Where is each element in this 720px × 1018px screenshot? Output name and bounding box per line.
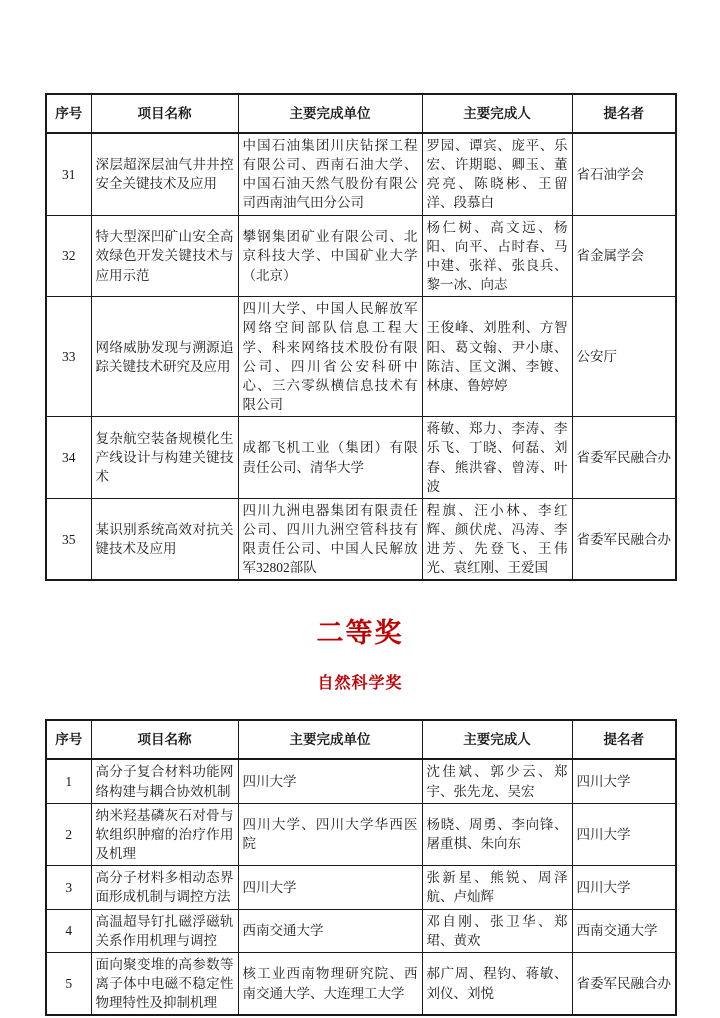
cell-no: 2 [46,803,91,865]
section-subtitle: 自然科学奖 [45,670,675,693]
cell-people: 杨晓、周勇、李向锋、屠重棋、朱向东 [422,803,572,865]
cell-no: 33 [46,297,91,417]
cell-units: 四川大学、中国人民解放军网络空间部队信息工程大学、科来网络技术股份有限公司、四川… [238,297,422,417]
cell-units: 四川大学 [238,866,422,909]
cell-units: 西南交通大学 [238,909,422,952]
cell-project: 深层超深层油气井井控安全关键技术及应用 [91,133,238,215]
column-header-people: 主要完成人 [422,94,572,133]
table-row: 34 复杂航空装备规模化生产线设计与构建关键技术 成都飞机工业（集团）有限责任公… [46,417,676,499]
table-row: 5 面向聚变堆的高参数等离子体中电磁不稳定性物理特性及抑制机理 核工业西南物理研… [46,952,676,1015]
cell-units: 四川大学、四川大学华西医院 [238,803,422,865]
cell-units: 四川九洲电器集团有限责任公司、四川九洲空管科技有限责任公司、中国人民解放军328… [238,498,422,580]
cell-nominator: 公安厅 [572,297,676,417]
cell-project: 特大型深凹矿山安全高效绿色开发关键技术与应用示范 [91,215,238,297]
table-row: 1 高分子复合材料功能网络构建与耦合协效机制 四川大学 沈佳斌、郭少云、郑宇、张… [46,759,676,803]
cell-nominator: 省委军民融合办 [572,417,676,499]
cell-people: 蒋敏、郑力、李涛、李乐飞、丁晓、何磊、刘春、熊洪睿、曾涛、叶波 [422,417,572,499]
cell-nominator: 四川大学 [572,759,676,803]
cell-nominator: 省委军民融合办 [572,952,676,1015]
table-row: 4 高温超导钉扎磁浮磁轨关系作用机理与调控 西南交通大学 邓自刚、张卫华、郑珺、… [46,909,676,952]
cell-units: 攀钢集团矿业有限公司、北京科技大学、中国矿业大学（北京） [238,215,422,297]
cell-no: 1 [46,759,91,803]
cell-units: 中国石油集团川庆钻探工程有限公司、西南石油大学、中国石油天然气股份有限公司西南油… [238,133,422,215]
cell-no: 31 [46,133,91,215]
cell-people: 杨仁树、高文远、杨阳、向平、占时春、马中建、张祥、张良兵、黎一冰、向志 [422,215,572,297]
award-table-first-prize: 序号 项目名称 主要完成单位 主要完成人 提名者 31 深层超深层油气井井控安全… [45,93,677,581]
cell-no: 4 [46,909,91,952]
table-header-row: 序号 项目名称 主要完成单位 主要完成人 提名者 [46,94,676,133]
table-row: 35 某识别系统高效对抗关键技术及应用 四川九洲电器集团有限责任公司、四川九洲空… [46,498,676,580]
cell-project: 面向聚变堆的高参数等离子体中电磁不稳定性物理特性及抑制机理 [91,952,238,1015]
column-header-units: 主要完成单位 [238,720,422,759]
table-row: 31 深层超深层油气井井控安全关键技术及应用 中国石油集团川庆钻探工程有限公司、… [46,133,676,215]
column-header-nominator: 提名者 [572,720,676,759]
cell-no: 3 [46,866,91,909]
cell-people: 沈佳斌、郭少云、郑宇、张先龙、吴宏 [422,759,572,803]
cell-units: 成都飞机工业（集团）有限责任公司、清华大学 [238,417,422,499]
document-page: 序号 项目名称 主要完成单位 主要完成人 提名者 31 深层超深层油气井井控安全… [45,0,675,1016]
cell-project: 纳米羟基磷灰石对骨与软组织肿瘤的治疗作用及机理 [91,803,238,865]
cell-project: 高分子复合材料功能网络构建与耦合协效机制 [91,759,238,803]
table-row: 3 高分子材料多相动态界面形成机制与调控方法 四川大学 张新星、熊锐、周泽航、卢… [46,866,676,909]
table-row: 33 网络威胁发现与溯源追踪关键技术研究及应用 四川大学、中国人民解放军网络空间… [46,297,676,417]
cell-people: 郝广周、程钧、蒋敏、刘仪、刘悦 [422,952,572,1015]
cell-people: 王俊峰、刘胜利、方智阳、葛文翰、尹小康、陈洁、匡文渊、李镀、林康、鲁婷婷 [422,297,572,417]
column-header-no: 序号 [46,94,91,133]
column-header-nominator: 提名者 [572,94,676,133]
cell-people: 邓自刚、张卫华、郑珺、黄欢 [422,909,572,952]
cell-project: 复杂航空装备规模化生产线设计与构建关键技术 [91,417,238,499]
cell-nominator: 省金属学会 [572,215,676,297]
table-header-row: 序号 项目名称 主要完成单位 主要完成人 提名者 [46,720,676,759]
column-header-project: 项目名称 [91,94,238,133]
cell-project: 网络威胁发现与溯源追踪关键技术研究及应用 [91,297,238,417]
column-header-units: 主要完成单位 [238,94,422,133]
cell-no: 35 [46,498,91,580]
cell-people: 罗园、谭宾、庞平、乐宏、许期聪、卿玉、董亮亮、陈晓彬、王留洋、段慕白 [422,133,572,215]
cell-nominator: 西南交通大学 [572,909,676,952]
table-row: 32 特大型深凹矿山安全高效绿色开发关键技术与应用示范 攀钢集团矿业有限公司、北… [46,215,676,297]
cell-people: 程旗、汪小林、李红辉、颜伏虎、冯涛、李进芳、先登飞、王伟光、袁红刚、王爱国 [422,498,572,580]
cell-nominator: 四川大学 [572,866,676,909]
table-row: 2 纳米羟基磷灰石对骨与软组织肿瘤的治疗作用及机理 四川大学、四川大学华西医院 … [46,803,676,865]
column-header-project: 项目名称 [91,720,238,759]
cell-no: 32 [46,215,91,297]
cell-no: 5 [46,952,91,1015]
cell-project: 高分子材料多相动态界面形成机制与调控方法 [91,866,238,909]
cell-units: 核工业西南物理研究院、西南交通大学、大连理工大学 [238,952,422,1015]
cell-project: 某识别系统高效对抗关键技术及应用 [91,498,238,580]
cell-project: 高温超导钉扎磁浮磁轨关系作用机理与调控 [91,909,238,952]
cell-no: 34 [46,417,91,499]
cell-units: 四川大学 [238,759,422,803]
cell-nominator: 省石油学会 [572,133,676,215]
cell-people: 张新星、熊锐、周泽航、卢灿辉 [422,866,572,909]
column-header-no: 序号 [46,720,91,759]
column-header-people: 主要完成人 [422,720,572,759]
section-title: 二等奖 [45,611,675,650]
cell-nominator: 四川大学 [572,803,676,865]
cell-nominator: 省委军民融合办 [572,498,676,580]
award-table-natural-science: 序号 项目名称 主要完成单位 主要完成人 提名者 1 高分子复合材料功能网络构建… [45,719,677,1016]
